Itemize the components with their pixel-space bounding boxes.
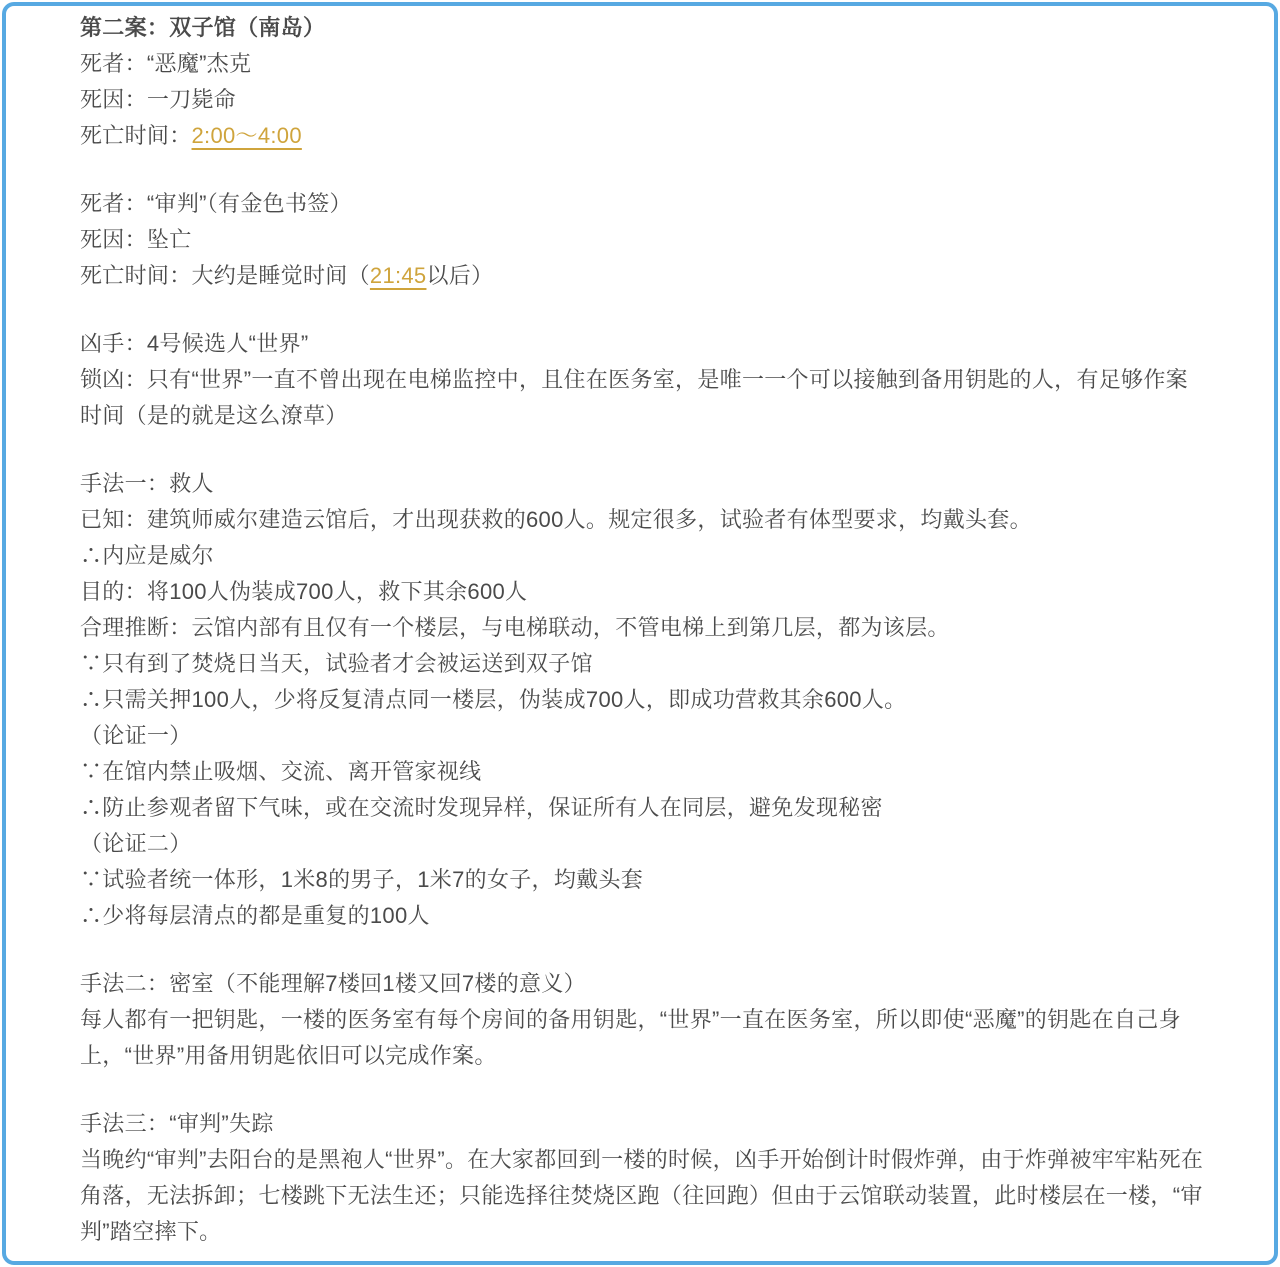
method2-block: 手法二：密室（不能理解7楼回1楼又回7楼的意义） 每人都有一把钥匙，一楼的医务室… [80, 966, 1210, 1074]
method1-line-proof2-label: （论证二） [80, 826, 1210, 862]
victim1-name-line: 死者：“恶魔”杰克 [80, 46, 1210, 82]
case-title: 第二案：双子馆（南岛） [80, 10, 1210, 46]
killer-block: 凶手：4号候选人“世界” 锁凶：只有“世界”一直不曾出现在电梯监控中，且住在医务… [80, 326, 1210, 434]
method2-title: 手法二：密室（不能理解7楼回1楼又回7楼的意义） [80, 966, 1210, 1002]
method1-line-therefore-prevent: ∴防止参观者留下气味，或在交流时发现异样，保证所有人在同层，避免发现秘密 [80, 790, 1210, 826]
killer-lock-line: 锁凶：只有“世界”一直不曾出现在电梯监控中，且住在医务室，是唯一一个可以接触到备… [80, 362, 1210, 434]
method3-body: 当晚约“审判”去阳台的是黑袍人“世界”。在大家都回到一楼的时候，凶手开始倒计时假… [80, 1142, 1210, 1250]
method1-line-therefore-insider: ∴内应是威尔 [80, 538, 1210, 574]
victim2-name-line: 死者：“审判”（有金色书签） [80, 186, 1210, 222]
method1-line-proof1-label: （论证一） [80, 718, 1210, 754]
method1-line-purpose: 目的：将100人伪装成700人，救下其余600人 [80, 574, 1210, 610]
method1-line-because-burnday: ∵只有到了焚烧日当天，试验者才会被运送到双子馆 [80, 646, 1210, 682]
victim2-time-line: 死亡时间：大约是睡觉时间（21:45以后） [80, 258, 1210, 294]
method2-body: 每人都有一把钥匙，一楼的医务室有每个房间的备用钥匙，“世界”一直在医务室，所以即… [80, 1002, 1210, 1074]
killer-line: 凶手：4号候选人“世界” [80, 326, 1210, 362]
method1-block: 手法一：救人 已知：建筑师威尔建造云馆后，才出现获救的600人。规定很多，试验者… [80, 466, 1210, 934]
method3-block: 手法三：“审判”失踪 当晚约“审判”去阳台的是黑袍人“世界”。在大家都回到一楼的… [80, 1106, 1210, 1250]
victim2-time-link[interactable]: 21:45 [370, 263, 427, 288]
method1-title: 手法一：救人 [80, 466, 1210, 502]
method1-line-therefore-detain: ∴只需关押100人，少将反复清点同一楼层，伪装成700人，即成功营救其余600人… [80, 682, 1210, 718]
victim1-time-label: 死亡时间： [80, 123, 192, 148]
method1-line-because-uniform: ∵试验者统一体形，1米8的男子，1米7的女子，均戴头套 [80, 862, 1210, 898]
victim2-time-suffix: 以后） [426, 263, 493, 288]
method1-line-therefore-repeat: ∴少将每层清点的都是重复的100人 [80, 898, 1210, 934]
victim1-cause-line: 死因：一刀毙命 [80, 82, 1210, 118]
method1-line-because-rules: ∵在馆内禁止吸烟、交流、离开管家视线 [80, 754, 1210, 790]
method1-line-known: 已知：建筑师威尔建造云馆后，才出现获救的600人。规定很多，试验者有体型要求，均… [80, 502, 1210, 538]
victim1-time-line: 死亡时间：2:00～4:00 [80, 118, 1210, 154]
victim2-time-prefix: 死亡时间：大约是睡觉时间（ [80, 263, 370, 288]
victim1-time-link[interactable]: 2:00～4:00 [192, 123, 302, 148]
victim2-block: 死者：“审判”（有金色书签） 死因：坠亡 死亡时间：大约是睡觉时间（21:45以… [80, 186, 1210, 294]
case-notes-document: 第二案：双子馆（南岛） 死者：“恶魔”杰克 死因：一刀毙命 死亡时间：2:00～… [0, 0, 1280, 1267]
case-header-block: 第二案：双子馆（南岛） 死者：“恶魔”杰克 死因：一刀毙命 死亡时间：2:00～… [80, 10, 1210, 154]
method1-line-deduction: 合理推断：云馆内部有且仅有一个楼层，与电梯联动，不管电梯上到第几层，都为该层。 [80, 610, 1210, 646]
method3-title: 手法三：“审判”失踪 [80, 1106, 1210, 1142]
victim2-cause-line: 死因：坠亡 [80, 222, 1210, 258]
